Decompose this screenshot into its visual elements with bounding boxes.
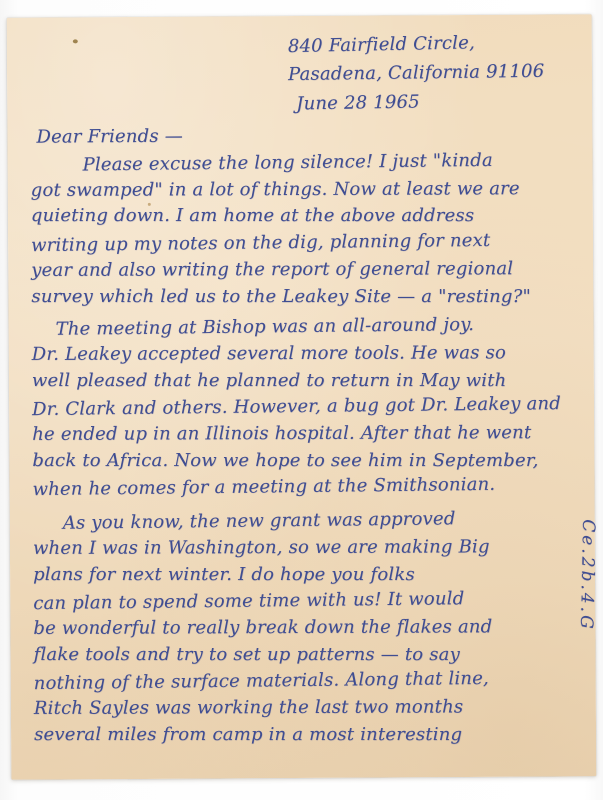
letter-line: be wonderful to really break down the fl… bbox=[33, 614, 579, 643]
letter-line: writing up my notes on the dig, planning… bbox=[31, 227, 577, 260]
return-address-city: Pasadena, California 91106 bbox=[288, 56, 576, 89]
letter-line: The meeting at Bishop was an all-around … bbox=[31, 311, 577, 344]
letter-line: As you know, the new grant was approved bbox=[33, 505, 579, 538]
return-address-street: 840 Fairfield Circle, bbox=[288, 26, 577, 61]
salutation: Dear Friends — bbox=[36, 121, 576, 150]
archival-margin-note: Ce.2b.4.G bbox=[576, 519, 598, 632]
letter-paper: 840 Fairfield Circle, Pasadena, Californ… bbox=[7, 14, 597, 780]
letter-line: back to Africa. Now we hope to see him i… bbox=[32, 448, 578, 475]
letter-line: plans for next winter. I do hope you fol… bbox=[33, 562, 579, 589]
letter-date: June 28 1965 bbox=[296, 85, 576, 119]
letter-line: well pleased that he planned to return i… bbox=[32, 368, 578, 395]
letter-line: several miles from camp in a most intere… bbox=[34, 722, 580, 749]
paragraph-2: The meeting at Bishop was an all-around … bbox=[31, 313, 578, 503]
letter-line: flake tools and try to set up patterns —… bbox=[34, 642, 580, 669]
return-address-block: 840 Fairfield Circle, Pasadena, Californ… bbox=[288, 28, 577, 117]
letter-line: quieting down. I am home at the above ad… bbox=[31, 203, 577, 230]
letter-line: can plan to spend some time with us! It … bbox=[33, 585, 579, 618]
letter-line: Ritch Sayles was working the last two mo… bbox=[34, 694, 580, 723]
paragraph-1: Please excuse the long silence! I just "… bbox=[30, 148, 577, 312]
letter-line: when he comes for a meeting at the Smith… bbox=[32, 471, 578, 504]
paragraph-3: As you know, the new grant was approved … bbox=[33, 506, 580, 750]
letter-line: when I was in Washington, so we are maki… bbox=[33, 534, 579, 563]
letter-line: Dr. Leakey accepted several more tools. … bbox=[32, 340, 578, 369]
letter-line: nothing of the surface materials. Along … bbox=[34, 665, 580, 698]
letter-line: year and also writing the report of gene… bbox=[31, 256, 577, 285]
letter-line: got swamped" in a lot of things. Now at … bbox=[31, 176, 577, 205]
letter-line: he ended up in an Illinois hospital. Aft… bbox=[32, 420, 578, 449]
letter-line: Please excuse the long silence! I just "… bbox=[30, 147, 576, 180]
scanned-letter-page: 840 Fairfield Circle, Pasadena, Californ… bbox=[0, 0, 603, 800]
letter-line: Dr. Clark and others. However, a bug got… bbox=[32, 391, 578, 424]
letter-line: survey which led us to the Leakey Site —… bbox=[31, 283, 577, 310]
letter-content: 840 Fairfield Circle, Pasadena, Californ… bbox=[30, 28, 580, 769]
